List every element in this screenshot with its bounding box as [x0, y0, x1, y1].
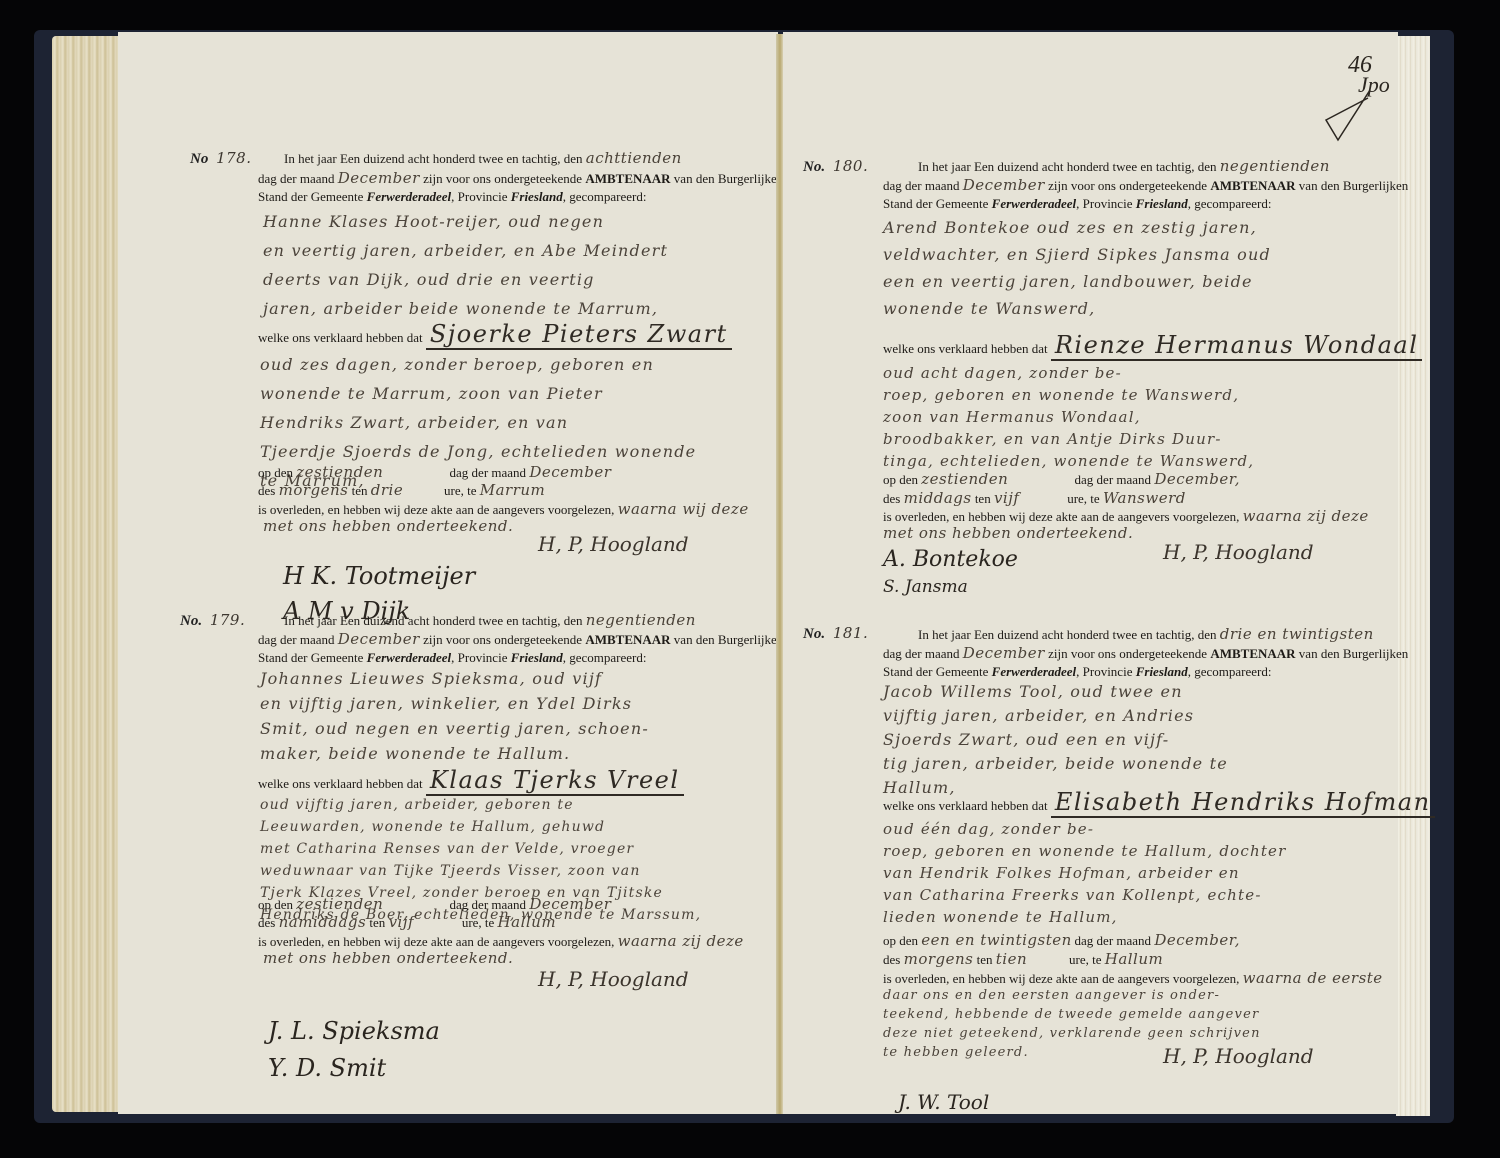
- declared-line: welke ons verklaard hebben dat Rienze He…: [883, 335, 1422, 359]
- death-time-line: des morgens ten drie ure, te Marrum: [258, 480, 545, 501]
- intro-line: In het jaar Een duizend acht honderd twe…: [284, 148, 682, 169]
- record-number: No. 180.: [803, 157, 868, 176]
- deceased-name: Rienze Hermanus Wondaal: [1051, 331, 1423, 361]
- official-signature: H, P, Hoogland: [1163, 540, 1314, 564]
- right-page-stack: [1396, 36, 1430, 1116]
- declared-line: welke ons verklaard hebben dat Klaas Tje…: [258, 770, 684, 794]
- witness-signature: S. Jansma: [883, 577, 968, 597]
- right-page: 46 Jpo No. 180. In het jaar Een duizend …: [783, 32, 1398, 1114]
- record-number: No. 179.: [180, 611, 245, 630]
- death-time-line: des namiddags ten vijf ure, te Hallum: [258, 912, 556, 933]
- deceased-details: oud één dag, zonder be- roep, geboren en…: [883, 818, 1393, 928]
- month-line: dag der maand December zijn voor ons ond…: [258, 168, 783, 189]
- declared-line: welke ons verklaard hebben dat Sjoerke P…: [258, 324, 732, 348]
- deceased-name: Klaas Tjerks Vreel: [426, 766, 684, 796]
- declared-line: welke ons verklaard hebben dat Elisabeth…: [883, 792, 1435, 816]
- official-signature: H, P, Hoogland: [538, 532, 689, 556]
- closing-handwritten: daar ons en den eersten aangever is onde…: [883, 986, 1393, 1062]
- flourish-mark: [1318, 80, 1378, 150]
- month-line: dag der maand December zijn voor ons ond…: [883, 175, 1408, 196]
- intro-line: In het jaar Een duizend acht honderd twe…: [918, 156, 1330, 177]
- municipality-line: Stand der Gemeente Ferwerderadeel, Provi…: [883, 662, 1271, 682]
- deceased-name: Elisabeth Hendriks Hofman: [1051, 788, 1435, 818]
- witness-signature: Y. D. Smit: [268, 1054, 386, 1082]
- witness-signature: A. Bontekoe: [883, 547, 1018, 572]
- informants-text: Jacob Willems Tool, oud twee en vijftig …: [883, 680, 1393, 800]
- handwritten-month: December: [338, 169, 420, 187]
- record-number: No 178.: [190, 149, 252, 168]
- death-date-line: op den zestienden dag der maand December…: [883, 469, 1240, 490]
- witness-signature: J. W. Tool: [898, 1090, 989, 1114]
- death-date-line: op den een en twintigsten dag der maand …: [883, 930, 1240, 951]
- municipality-line: Stand der Gemeente Ferwerderadeel, Provi…: [883, 194, 1271, 214]
- municipality-line: Stand der Gemeente Ferwerderadeel, Provi…: [258, 648, 646, 668]
- deceased-name: Sjoerke Pieters Zwart: [426, 320, 732, 350]
- informants-text: Johannes Lieuwes Spieksma, oud vijf en v…: [260, 666, 780, 766]
- witness-signature: J. L. Spieksma: [268, 1017, 440, 1045]
- informants-text: Hanne Klases Hoot-reijer, oud negen en v…: [263, 207, 783, 323]
- month-line: dag der maand December zijn voor ons ond…: [258, 629, 783, 650]
- municipality-line: Stand der Gemeente Ferwerderadeel, Provi…: [258, 187, 646, 207]
- death-time-line: des morgens ten tien ure, te Hallum: [883, 949, 1163, 970]
- deceased-details: oud acht dagen, zonder be- roep, geboren…: [883, 362, 1393, 472]
- intro-line: In het jaar Een duizend acht honderd twe…: [918, 624, 1374, 645]
- official-signature: H, P, Hoogland: [1163, 1044, 1314, 1068]
- record-number: No. 181.: [803, 624, 868, 643]
- intro-line: In het jaar Een duizend acht honderd twe…: [284, 610, 696, 631]
- left-page: No 178. In het jaar Een duizend acht hon…: [118, 32, 778, 1114]
- witness-signature: H K. Tootmeijer: [283, 562, 475, 590]
- official-signature: H, P, Hoogland: [538, 967, 689, 991]
- handwritten-day: achttienden: [586, 149, 682, 167]
- month-line: dag der maand December zijn voor ons ond…: [883, 643, 1408, 664]
- informants-text: Arend Bontekoe oud zes en zestig jaren, …: [883, 214, 1393, 322]
